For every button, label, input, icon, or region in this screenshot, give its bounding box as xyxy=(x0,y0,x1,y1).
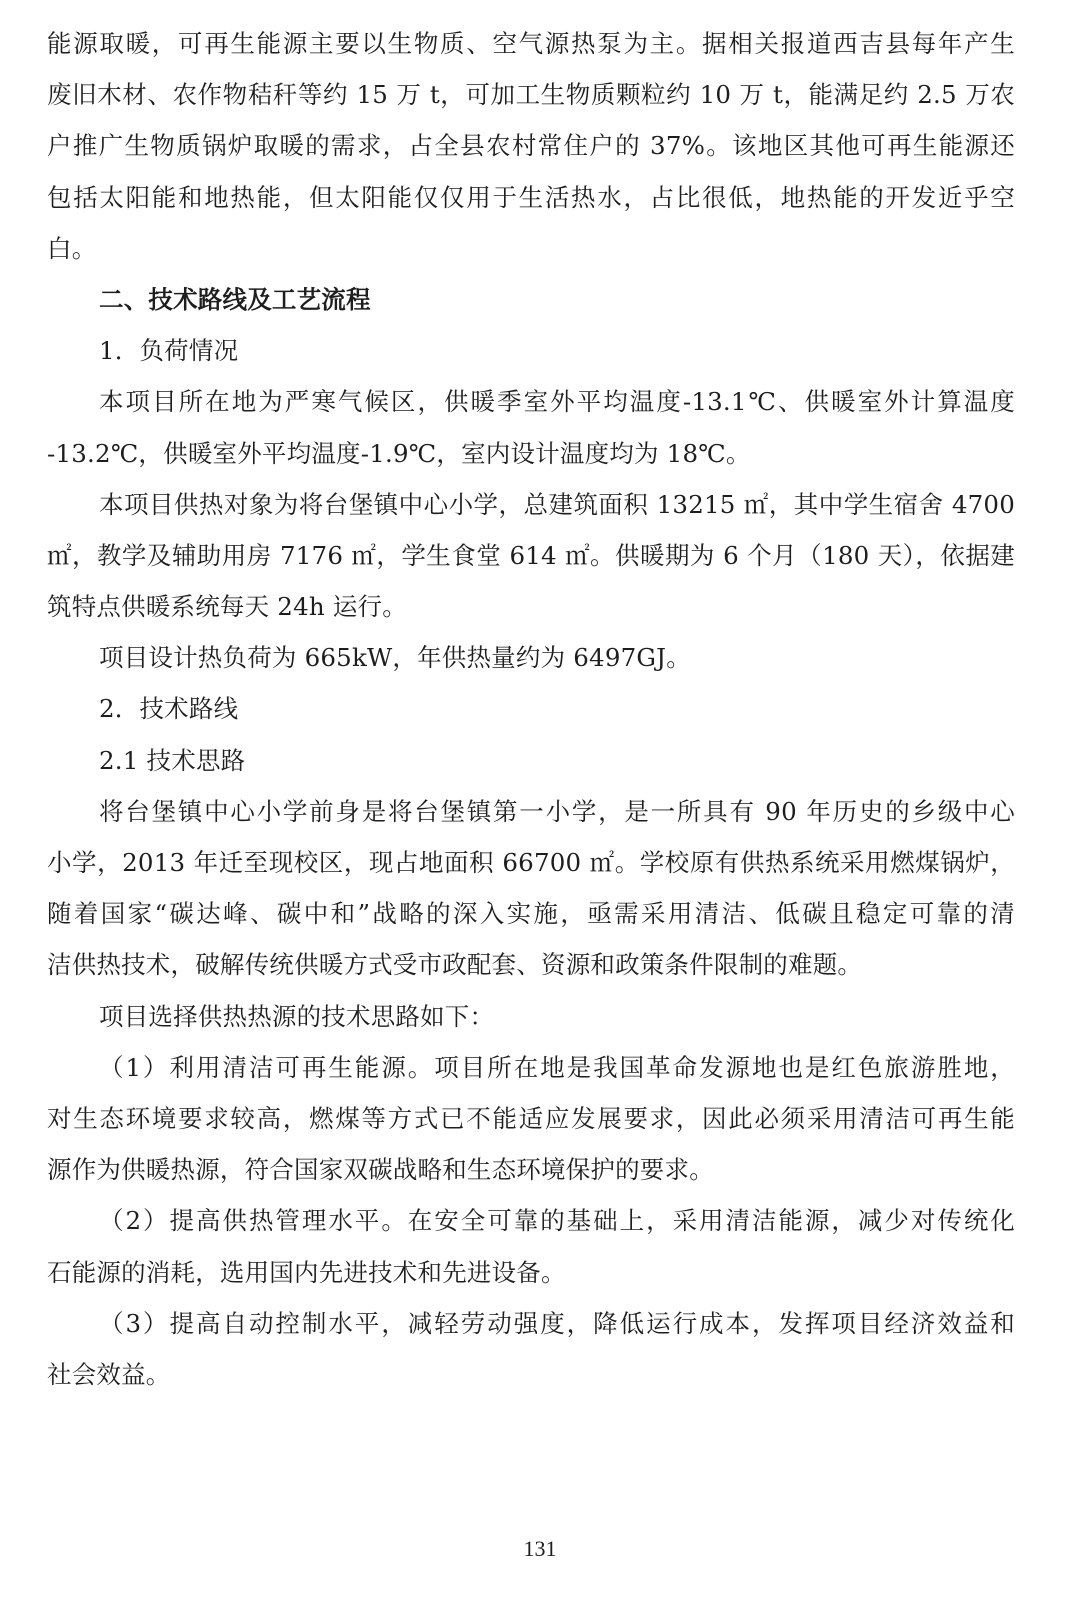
body-line: 社会效益。 xyxy=(47,1349,1015,1400)
list-item-3: （3）提高自动控制水平，减轻劳动强度，降低运行成本，发挥项目经济效益和 xyxy=(47,1298,1015,1349)
subsection-heading-load: 1．负荷情况 xyxy=(47,325,1015,376)
body-line: 废旧木材、农作物秸秆等约 15 万 t，可加工生物质颗粒约 10 万 t，能满足… xyxy=(47,69,1015,120)
body-line: -13.2℃，供暖室外平均温度-1.9℃，室内设计温度均为 18℃。 xyxy=(47,428,1015,479)
subsection-heading-approach: 2.1 技术思路 xyxy=(47,735,1015,786)
body-line: 白。 xyxy=(47,223,1015,274)
body-line: 源作为供暖热源，符合国家双碳战略和生态环境保护的要求。 xyxy=(47,1144,1015,1195)
body-line: 户推广生物质锅炉取暖的需求，占全县农村常住户的 37%。该地区其他可再生能源还 xyxy=(47,120,1015,171)
paragraph-school-history: 将台堡镇中心小学前身是将台堡镇第一小学，是一所具有 90 年历史的乡级中心 xyxy=(47,786,1015,837)
body-line: 洁供热技术，破解传统供暖方式受市政配套、资源和政策条件限制的难题。 xyxy=(47,939,1015,990)
subsection-heading-route: 2．技术路线 xyxy=(47,683,1015,734)
body-line: 随着国家“碳达峰、碳中和”战略的深入实施，亟需采用清洁、低碳且稳定可靠的清 xyxy=(47,888,1015,939)
paragraph-heat-load: 项目设计热负荷为 665kW，年供热量约为 6497GJ。 xyxy=(47,632,1015,683)
body-line: 对生态环境要求较高，燃煤等方式已不能适应发展要求，因此必须采用清洁可再生能 xyxy=(47,1093,1015,1144)
body-line: ㎡，教学及辅助用房 7176 ㎡，学生食堂 614 ㎡。供暖期为 6 个月（18… xyxy=(47,530,1015,581)
section-heading: 二、技术路线及工艺流程 xyxy=(47,274,1015,325)
body-line-continuation: 能源取暖，可再生能源主要以生物质、空气源热泵为主。据相关报道西吉县每年产生 xyxy=(47,18,1015,69)
body-line: 筑特点供暖系统每天 24h 运行。 xyxy=(47,581,1015,632)
paragraph-climate: 本项目所在地为严寒气候区，供暖季室外平均温度-13.1℃、供暖室外计算温度 xyxy=(47,376,1015,427)
document-page: 能源取暖，可再生能源主要以生物质、空气源热泵为主。据相关报道西吉县每年产生 废旧… xyxy=(47,18,1015,1400)
paragraph-approach-intro: 项目选择供热热源的技术思路如下： xyxy=(47,991,1015,1042)
body-line: 小学，2013 年迁至现校区，现占地面积 66700 ㎡。学校原有供热系统采用燃… xyxy=(47,837,1015,888)
paragraph-heating-target: 本项目供热对象为将台堡镇中心小学，总建筑面积 13215 ㎡，其中学生宿舍 47… xyxy=(47,479,1015,530)
list-item-1: （1）利用清洁可再生能源。项目所在地是我国革命发源地也是红色旅游胜地， xyxy=(47,1042,1015,1093)
body-line: 石能源的消耗，选用国内先进技术和先进设备。 xyxy=(47,1247,1015,1298)
list-item-2: （2）提高供热管理水平。在安全可靠的基础上，采用清洁能源，减少对传统化 xyxy=(47,1195,1015,1246)
page-number: 131 xyxy=(0,1536,1080,1562)
body-line: 包括太阳能和地热能，但太阳能仅仅用于生活热水，占比很低，地热能的开发近乎空 xyxy=(47,172,1015,223)
